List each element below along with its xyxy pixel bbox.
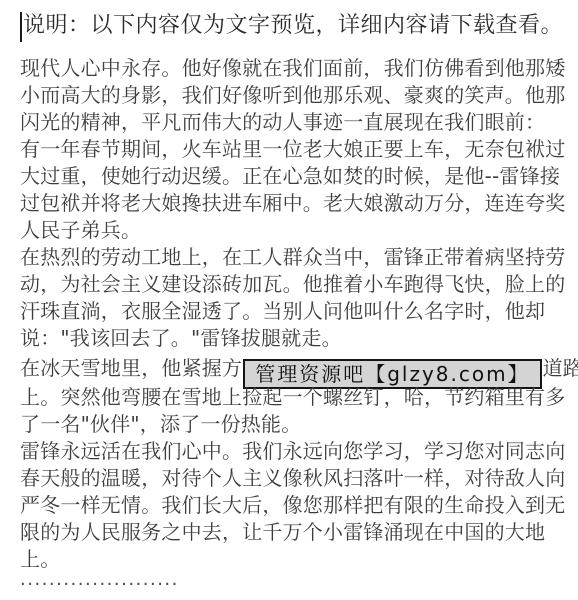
text-line: 了一名"伙伴"，添了一份热能。 <box>20 411 558 438</box>
text-line: 在热烈的劳动工地上，在工人群众当中，雷锋正带着病坚持劳 <box>20 244 558 271</box>
text-line: 说："我该回去了。"雷锋拔腿就走。 <box>20 325 558 352</box>
text-line: 闪光的精神，平凡而伟大的动人事迹一直展现在我们眼前： <box>20 109 558 136</box>
text-line: 在冰天雪地里，他紧握方管理资源吧【glzy8.com】道路 <box>20 352 558 384</box>
text-line: 过包袱并将老大娘搀扶进车厢中。老大娘激动万分，连连夸奖 <box>20 190 558 217</box>
text-line: 有一年春节期间，火车站里一位老大娘正要上车，无奈包袱过 <box>20 136 558 163</box>
document-preview-page: 说明：以下内容仅为文字预览，详细内容请下载查看。 现代人心中永存。他好像就在我们… <box>0 0 578 600</box>
text-line: 现代人心中永存。他好像就在我们面前，我们仿佛看到他那矮 <box>20 55 558 82</box>
text-line: 上。 <box>20 546 558 573</box>
document-content: 说明：以下内容仅为文字预览，详细内容请下载查看。 现代人心中永存。他好像就在我们… <box>20 10 558 595</box>
text-line: 春天般的温暖，对待个人主义像秋风扫落叶一样，对待敌人向 <box>20 465 558 492</box>
text-line-segment: 道路 <box>543 356 578 380</box>
text-line: 上。突然他弯腰在雪地上捡起一个螺丝钉，哈，节约箱里有多 <box>20 384 558 411</box>
preview-notice-text: 说明：以下内容仅为文字预览，详细内容请下载查看。 <box>23 10 563 42</box>
text-cursor <box>20 12 22 42</box>
text-line: 大过重，使她行动迟缓。正在心急如焚的时候，是他--雷锋接 <box>20 163 558 190</box>
text-line: 小而高大的身影，我们好像听到他那乐观、豪爽的笑声。他那 <box>20 82 558 109</box>
text-line: 限的为人民服务之中去，让千万个小雷锋涌现在中国的大地 <box>20 519 558 546</box>
document-body-text: 现代人心中永存。他好像就在我们面前，我们仿佛看到他那矮小而高大的身影，我们好像听… <box>20 55 558 573</box>
text-line: 汗珠直淌，衣服全湿透了。当别人问他叫什么名字时，他却 <box>20 298 558 325</box>
preview-notice-row: 说明：以下内容仅为文字预览，详细内容请下载查看。 <box>20 10 558 42</box>
text-line-segment: 在冰天雪地里，他紧握方 <box>20 356 242 380</box>
text-line: 人民子弟兵。 <box>20 217 558 244</box>
text-line: 雷锋永远活在我们心中。我们永远向您学习，学习您对同志向 <box>20 438 558 465</box>
text-line: 动，为社会主义建设添砖加瓦。他推着小车跑得飞快，脸上的 <box>20 271 558 298</box>
ellipsis-line: ······················ <box>20 575 558 595</box>
text-line: 严冬一样无情。我们长大后，像您那样把有限的生命投入到无 <box>20 492 558 519</box>
